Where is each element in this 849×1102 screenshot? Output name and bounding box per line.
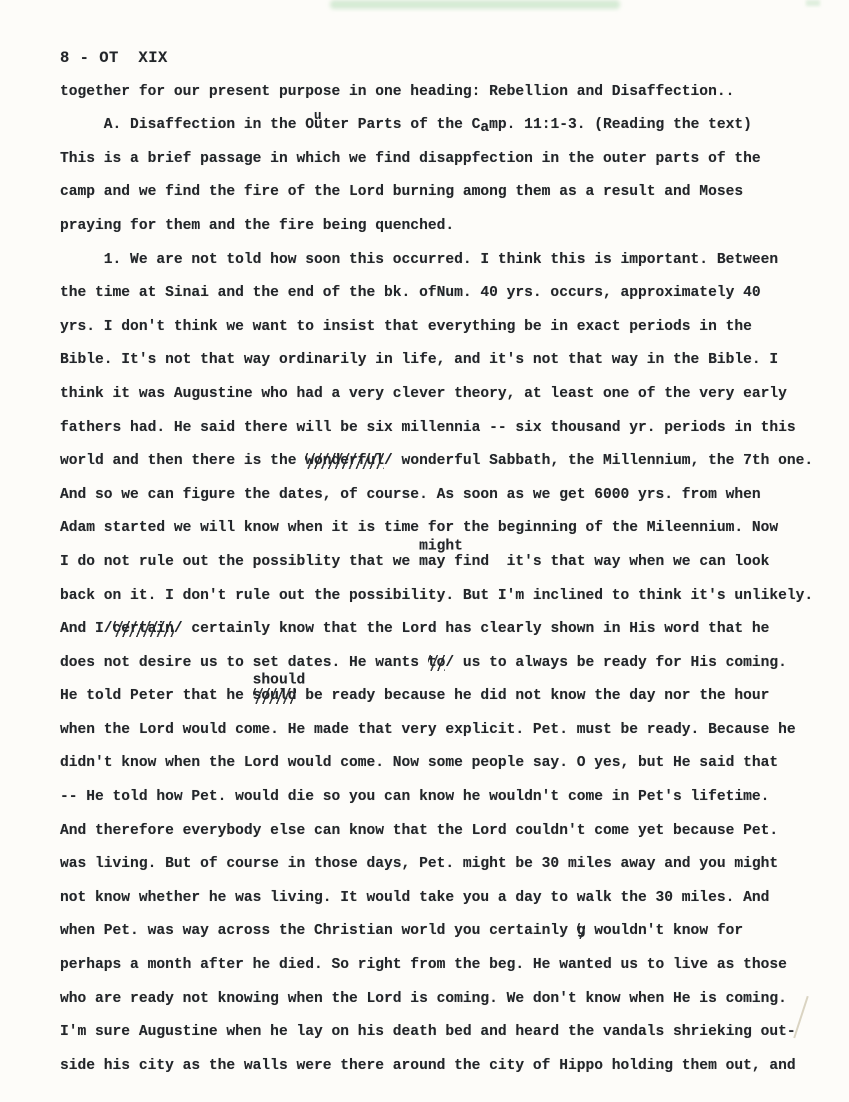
document-line: not know whether he was living. It would…: [60, 882, 800, 916]
typed-text: was living. But of course in those days,…: [60, 856, 778, 872]
typed-text: does not desire us to set dates. He want…: [60, 655, 428, 671]
document-line: A. Disaffection in the Ouuter Parts of t…: [60, 109, 800, 143]
typed-text: -- He told how Pet. would die so you can…: [60, 789, 769, 805]
document-line: does not desire us to set dates. He want…: [60, 647, 800, 681]
typed-text: wouldn't know for: [585, 923, 743, 939]
typed-text: may find it's that way when we can look: [419, 554, 769, 570]
document-line: And I/certain/ certainly know that the L…: [60, 613, 800, 647]
document-line: side his city as the walls were there ar…: [60, 1050, 800, 1084]
document-line: 1. We are not told how soon this occurre…: [60, 244, 800, 278]
typed-text: side his city as the walls were there ar…: [60, 1058, 796, 1074]
typed-text: the time at Sinai and the end of the bk.…: [60, 285, 761, 301]
document-line: back on it. I don't rule out the possibi…: [60, 580, 800, 614]
typed-text: not know whether he was living. It would…: [60, 890, 769, 906]
document-line: yrs. I don't think we want to insist tha…: [60, 311, 800, 345]
typed-text: I do not rule out the possiblity that we: [60, 554, 419, 570]
typed-text: back on it. I don't rule out the possibi…: [60, 588, 813, 604]
typed-text-low: a: [480, 112, 489, 146]
typed-text: camp and we find the fire of the Lord bu…: [60, 184, 743, 200]
page-header: 8 - OT XIX: [60, 42, 800, 76]
typed-text: world and then there is the: [60, 453, 305, 469]
typed-text: when Pet. was way across the Christian w…: [60, 923, 577, 939]
document-line: fathers had. He said there will be six m…: [60, 412, 800, 446]
typed-text: This is a brief passage in which we find…: [60, 151, 761, 167]
typed-text: He told Peter that he: [60, 688, 253, 704]
typed-text: together for our present purpose in one …: [60, 84, 734, 100]
document-line: who are ready not knowing when the Lord …: [60, 983, 800, 1017]
document-line: And so we can figure the dates, of cours…: [60, 479, 800, 513]
typed-text: praying for them and the fire being quen…: [60, 218, 454, 234]
document-line: think it was Augustine who had a very cl…: [60, 378, 800, 412]
typed-text: And therefore everybody else can know th…: [60, 823, 778, 839]
typed-text: / wonderful Sabbath, the Millennium, the…: [384, 453, 813, 469]
document-line: praying for them and the fire being quen…: [60, 210, 800, 244]
typed-text: And so we can figure the dates, of cours…: [60, 487, 761, 503]
scanner-smudge: [330, 0, 620, 9]
typed-text: / us to always be ready for His coming.: [445, 655, 787, 671]
typed-text: uter Parts of the C: [314, 117, 480, 133]
typed-text-struck: certain: [113, 621, 174, 637]
typed-text: / certainly know that the Lord has clear…: [174, 621, 770, 637]
document-line: perhaps a month after he died. So right …: [60, 949, 800, 983]
document-line: And therefore everybody else can know th…: [60, 815, 800, 849]
document-line: was living. But of course in those days,…: [60, 848, 800, 882]
scanner-smudge-right: [806, 0, 820, 6]
document-page: 8 - OT XIX together for our present purp…: [0, 0, 849, 1102]
typed-text: didn't know when the Lord would come. No…: [60, 755, 778, 771]
document-line: This is a brief passage in which we find…: [60, 143, 800, 177]
document-line: I do not rule out the possiblity that we…: [60, 546, 800, 580]
typed-text: Bible. It's not that way ordinarily in l…: [60, 352, 778, 368]
typed-text: think it was Augustine who had a very cl…: [60, 386, 787, 402]
typewritten-document: 8 - OT XIX together for our present purp…: [60, 42, 800, 1083]
typed-text-struck: wonderful: [305, 453, 384, 469]
document-line: when Pet. was way across the Christian w…: [60, 915, 800, 949]
document-line: when the Lord would come. He made that v…: [60, 714, 800, 748]
document-line: together for our present purpose in one …: [60, 76, 800, 110]
typed-text: be ready because he did not know the day…: [296, 688, 769, 704]
document-line: camp and we find the fire of the Lord bu…: [60, 176, 800, 210]
typed-text: fathers had. He said there will be six m…: [60, 420, 796, 436]
typed-text: And I/: [60, 621, 113, 637]
typed-text-struck: to: [428, 655, 446, 671]
typed-text: 1. We are not told how soon this occurre…: [60, 252, 778, 268]
document-line: -- He told how Pet. would die so you can…: [60, 781, 800, 815]
document-line: Bible. It's not that way ordinarily in l…: [60, 344, 800, 378]
typed-text: A. Disaffection in the O: [60, 117, 314, 133]
typed-text: yrs. I don't think we want to insist tha…: [60, 319, 752, 335]
typed-text-struck: g: [577, 923, 586, 939]
typed-text: I'm sure Augustine when he lay on his de…: [60, 1024, 796, 1040]
document-line: He told Peter that he shouldsould be rea…: [60, 680, 800, 714]
document-line: world and then there is the wonderful/ w…: [60, 445, 800, 479]
document-lines: together for our present purpose in one …: [60, 76, 800, 1084]
document-line: I'm sure Augustine when he lay on his de…: [60, 1016, 800, 1050]
document-line: didn't know when the Lord would come. No…: [60, 747, 800, 781]
typed-text-struck: sould: [253, 688, 297, 704]
typed-text: perhaps a month after he died. So right …: [60, 957, 787, 973]
typed-text: when the Lord would come. He made that v…: [60, 722, 796, 738]
typed-text: who are ready not knowing when the Lord …: [60, 991, 787, 1007]
typed-text: mp. 11:1-3. (Reading the text): [489, 117, 752, 133]
document-line: the time at Sinai and the end of the bk.…: [60, 277, 800, 311]
